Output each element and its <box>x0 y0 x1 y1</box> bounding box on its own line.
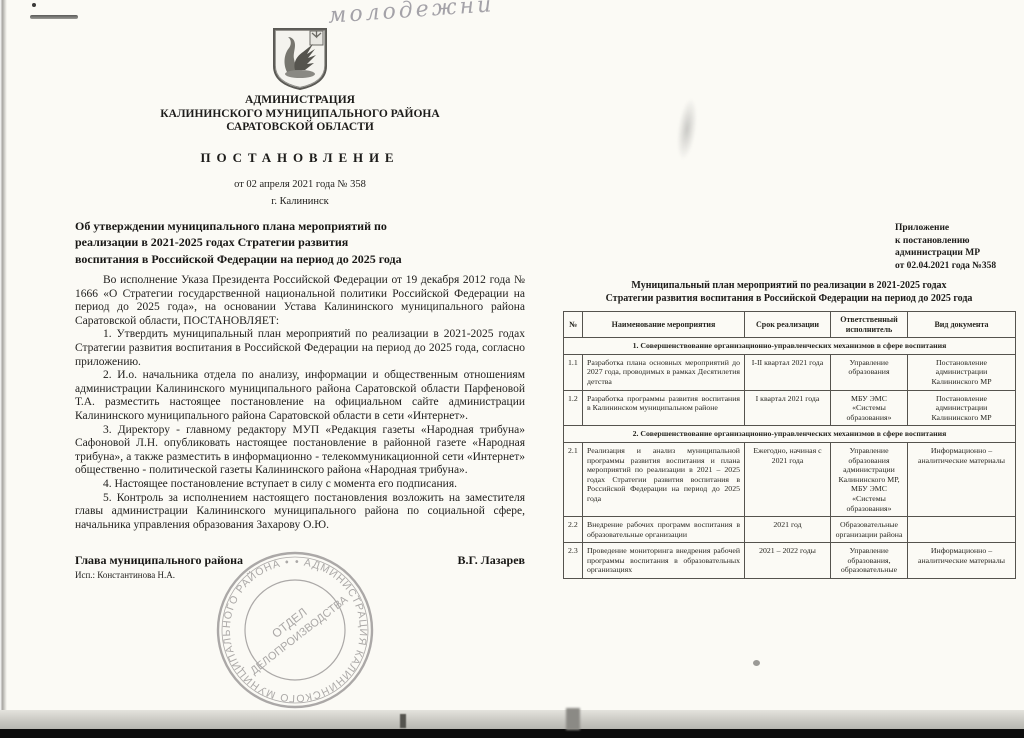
executor-line: Исп.: Константинова Н.А. <box>75 570 525 580</box>
appendix-reference-block: Приложение к постановлению администрации… <box>895 222 1015 272</box>
cell-activity: Реализация и анализ муниципальной програ… <box>583 442 745 516</box>
appendix-ref-line4: от 02.04.2021 года №358 <box>895 260 1015 273</box>
paragraph-item-4: 4. Настоящее постановление вступает в си… <box>75 478 525 492</box>
paragraph-item-2: 2. И.о. начальника отдела по анализу, ин… <box>75 369 525 423</box>
paragraph-item-1: 1. Утвердить муниципальный план мероприя… <box>75 328 525 369</box>
cell-num: 1.2 <box>564 390 583 426</box>
cell-doc: Постановление администрации Калининского… <box>908 390 1016 426</box>
pencil-smudge <box>674 97 700 161</box>
section-row-1: 1. Совершенствование организационно-упра… <box>564 338 1016 355</box>
section-row-2: 2. Совершенствование организационно-упра… <box>564 426 1016 443</box>
signature-row: Глава муниципального района В.Г. Лазарев <box>75 553 525 568</box>
table-row-2-3: 2.3 Проведение мониторинга внедрения раб… <box>564 543 1016 579</box>
plan-table: № Наименование мероприятия Срок реализац… <box>563 311 1016 579</box>
document-title: Об утверждении муниципального плана меро… <box>75 218 415 268</box>
cell-term: 2021 – 2022 годы <box>745 543 831 579</box>
cell-doc: Информационно – аналитические материалы <box>908 442 1016 516</box>
cell-num: 2.2 <box>564 517 583 543</box>
cell-term: 2021 год <box>745 517 831 543</box>
paragraph-preamble: Во исполнение Указа Президента Российско… <box>75 274 525 328</box>
plan-table-title-line1: Муниципальный план мероприятий по реализ… <box>563 279 1015 292</box>
scan-left-edge-shadow <box>0 0 7 738</box>
scanned-document-page: молодежни АДМИНИСТРАЦИЯ КАЛИНИНСКОГО МУН… <box>0 0 1024 738</box>
cell-activity: Разработка плана основных мероприятий до… <box>583 354 745 390</box>
plan-table-title: Муниципальный план мероприятий по реализ… <box>563 279 1015 305</box>
staple-mark <box>30 15 78 19</box>
appendix-ref-line2: к постановлению <box>895 235 1015 248</box>
cell-activity: Разработка программы развития воспитания… <box>583 390 745 426</box>
header-activity: Наименование мероприятия <box>583 312 745 338</box>
cell-term: I-II квартал 2021 года <box>745 354 831 390</box>
plan-table-header-row: № Наименование мероприятия Срок реализац… <box>564 312 1016 338</box>
cell-executor: Управление образования, образовательные <box>831 543 908 579</box>
cell-activity: Проведение мониторинга внедрения рабочей… <box>583 543 745 579</box>
plan-table-title-line2: Стратегии развития воспитания в Российск… <box>563 292 1015 305</box>
table-row-1-2: 1.2 Разработка программы развития воспит… <box>564 390 1016 426</box>
cell-executor: Управление образования администрации Кал… <box>831 442 908 516</box>
stamp-center-line1: ОТДЕЛ <box>269 605 309 641</box>
org-name-line3: САРАТОВСКОЙ ОБЛАСТИ <box>75 121 525 135</box>
section-title: 2. Совершенствование организационно-упра… <box>564 426 1016 443</box>
coat-of-arms-swan-icon <box>271 26 329 92</box>
cell-executor: Управление образования <box>831 354 908 390</box>
appendix-page: Приложение к постановлению администрации… <box>563 222 1015 579</box>
org-name-line2: КАЛИНИНСКОГО МУНИЦИПАЛЬНОГО РАЙОНА <box>75 108 525 122</box>
scan-dirt-mark <box>566 708 580 730</box>
section-title: 1. Совершенствование организационно-упра… <box>564 338 1016 355</box>
cell-doc: Информационно – аналитические материалы <box>908 543 1016 579</box>
scan-bottom-shadow-band <box>0 710 1024 731</box>
header-term: Срок реализации <box>745 312 831 338</box>
decree-page: АДМИНИСТРАЦИЯ КАЛИНИНСКОГО МУНИЦИПАЛЬНОГ… <box>75 22 525 580</box>
scan-dirt-mark <box>400 714 406 728</box>
cell-executor: Образовательные организации района <box>831 517 908 543</box>
header-executor: Ответственный исполнитель <box>831 312 908 338</box>
header-doc-type: Вид документа <box>908 312 1016 338</box>
cell-doc: Постановление администрации Калининского… <box>908 354 1016 390</box>
document-body: Во исполнение Указа Президента Российско… <box>75 274 525 532</box>
paragraph-item-3: 3. Директору - главному редактору МУП «Р… <box>75 424 525 478</box>
header-num: № <box>564 312 583 338</box>
appendix-ref-line1: Приложение <box>895 222 1015 235</box>
document-city: г. Калининск <box>75 196 525 207</box>
document-date-number: от 02 апреля 2021 года № 358 <box>75 179 525 190</box>
document-type-heading: ПОСТАНОВЛЕНИЕ <box>75 150 525 166</box>
cell-doc <box>908 517 1016 543</box>
paragraph-item-5: 5. Контроль за исполнением настоящего по… <box>75 492 525 533</box>
stamp-center-text: ОТДЕЛ ДЕЛОПРОИЗВОДСТВА <box>238 580 351 677</box>
org-name-line1: АДМИНИСТРАЦИЯ <box>75 94 525 108</box>
ink-speck <box>32 3 36 7</box>
signer-name: В.Г. Лазарев <box>457 553 525 568</box>
cell-num: 1.1 <box>564 354 583 390</box>
cell-executor: МБУ ЭМС «Системы образования» <box>831 390 908 426</box>
cell-term: I квартал 2021 года <box>745 390 831 426</box>
cell-num: 2.3 <box>564 543 583 579</box>
table-row-2-2: 2.2 Внедрение рабочих программ воспитани… <box>564 517 1016 543</box>
cell-activity: Внедрение рабочих программ воспитания в … <box>583 517 745 543</box>
scan-bottom-black-bar <box>0 729 1024 738</box>
table-row-1-1: 1.1 Разработка плана основных мероприяти… <box>564 354 1016 390</box>
table-row-2-1: 2.1 Реализация и анализ муниципальной пр… <box>564 442 1016 516</box>
signer-position: Глава муниципального района <box>75 553 243 568</box>
appendix-ref-line3: администрации МР <box>895 247 1015 260</box>
cell-num: 2.1 <box>564 442 583 516</box>
ink-speck <box>753 660 760 666</box>
cell-term: Ежегодно, начиная с 2021 года <box>745 442 831 516</box>
stamp-center-line2: ДЕЛОПРОИЗВОДСТВА <box>248 593 350 677</box>
